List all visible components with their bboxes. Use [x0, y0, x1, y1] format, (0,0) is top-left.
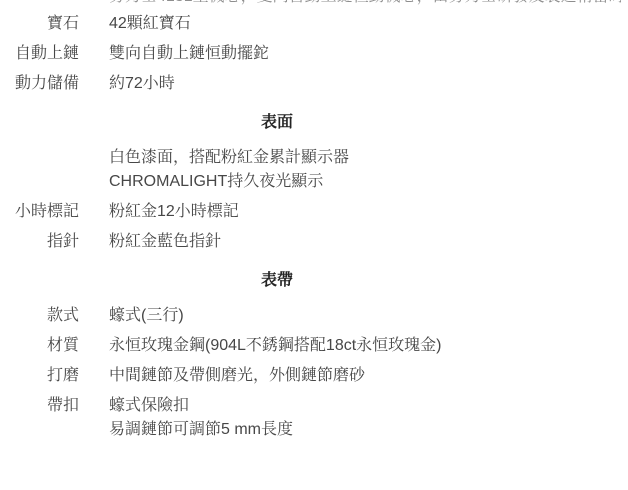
spec-row-jewels: 寶石 42顆紅寶石 — [0, 12, 554, 36]
spec-label — [0, 146, 79, 194]
spec-value: 永恒玫瑰金鋼(904L不銹鋼搭配18ct永恒玫瑰金) — [109, 334, 442, 358]
spec-label: 指針 — [0, 230, 79, 254]
watch-spec-page: 勞力士4131型機芯，雙向自動上鏈恒動機芯，由勞力士研發及製造精密時計認證 寶石… — [0, 0, 628, 490]
clipped-text: 勞力士4131型機芯，雙向自動上鏈恒動機芯，由勞力士研發及製造精密時計認證 — [109, 0, 621, 5]
spec-row-dial-description: 白色漆面，搭配粉紅金累計顯示器 CHROMALIGHT持久夜光顯示 — [0, 146, 554, 194]
spec-value: 蠔式(三行) — [109, 304, 184, 328]
spec-label: 自動上鏈 — [0, 42, 79, 66]
spec-value-line: CHROMALIGHT持久夜光顯示 — [109, 170, 349, 194]
spec-row-bracelet-material: 材質 永恒玫瑰金鋼(904L不銹鋼搭配18ct永恒玫瑰金) — [0, 334, 554, 358]
spec-value: 42顆紅寶石 — [109, 12, 191, 36]
clipped-text-line: 勞力士4131型機芯，雙向自動上鏈恒動機芯，由勞力士研發及製造精密時計認證 — [109, 0, 621, 5]
spec-label: 材質 — [0, 334, 79, 358]
spec-value-line: 易調鏈節可調節5 mm長度 — [109, 418, 293, 442]
spec-table: 寶石 42顆紅寶石 自動上鏈 雙向自動上鏈恒動擺鉈 動力儲備 約72小時 表面 … — [0, 12, 554, 448]
spec-value: 約72小時 — [109, 72, 175, 96]
spec-row-hands: 指針 粉紅金藍色指針 — [0, 230, 554, 254]
spec-value: 粉紅金12小時標記 — [109, 200, 239, 224]
spec-row-hour-markers: 小時標記 粉紅金12小時標記 — [0, 200, 554, 224]
spec-label: 小時標記 — [0, 200, 79, 224]
section-title-bracelet: 表帶 — [0, 269, 554, 293]
spec-row-bracelet-style: 款式 蠔式(三行) — [0, 304, 554, 328]
spec-value: 白色漆面，搭配粉紅金累計顯示器 CHROMALIGHT持久夜光顯示 — [109, 146, 349, 194]
spec-value-line: 蠔式保險扣 — [109, 394, 293, 418]
spec-value: 粉紅金藍色指針 — [109, 230, 221, 254]
spec-value: 蠔式保險扣 易調鏈節可調節5 mm長度 — [109, 394, 293, 442]
spec-label: 動力儲備 — [0, 72, 79, 96]
spec-label: 帶扣 — [0, 394, 79, 442]
spec-value-line: 白色漆面，搭配粉紅金累計顯示器 — [109, 146, 349, 170]
spec-value: 中間鏈節及帶側磨光，外側鏈節磨砂 — [109, 364, 365, 388]
spec-label: 打磨 — [0, 364, 79, 388]
spec-row-bracelet-finish: 打磨 中間鏈節及帶側磨光，外側鏈節磨砂 — [0, 364, 554, 388]
spec-row-power-reserve: 動力儲備 約72小時 — [0, 72, 554, 96]
section-title-dial: 表面 — [0, 111, 554, 135]
spec-row-clasp: 帶扣 蠔式保險扣 易調鏈節可調節5 mm長度 — [0, 394, 554, 442]
spec-row-winding: 自動上鏈 雙向自動上鏈恒動擺鉈 — [0, 42, 554, 66]
spec-label: 款式 — [0, 304, 79, 328]
spec-label: 寶石 — [0, 12, 79, 36]
spec-value: 雙向自動上鏈恒動擺鉈 — [109, 42, 269, 66]
